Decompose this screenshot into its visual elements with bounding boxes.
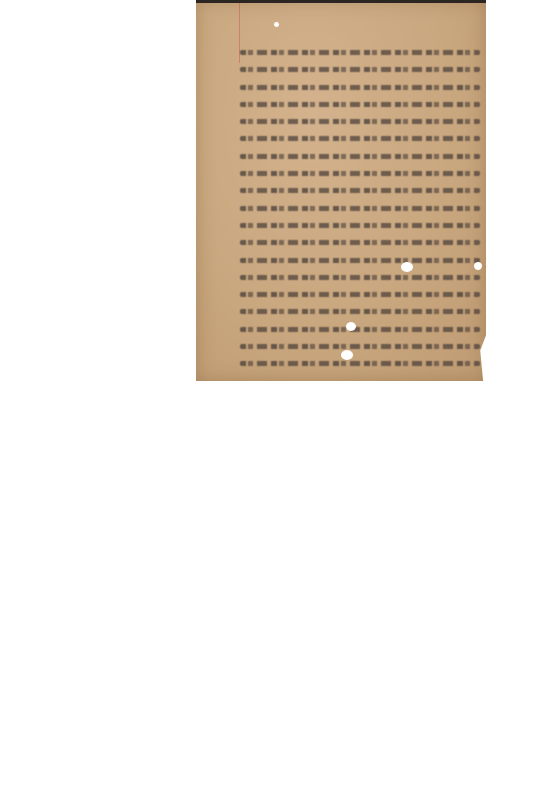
handwritten-line — [240, 163, 480, 180]
paper-damage-spot — [274, 22, 279, 27]
handwritten-line — [240, 319, 480, 336]
handwritten-line — [240, 284, 480, 301]
handwritten-line — [240, 215, 480, 232]
handwritten-line — [240, 301, 480, 318]
handwritten-line — [240, 59, 480, 76]
handwritten-line — [240, 146, 480, 163]
manuscript-page — [196, 0, 486, 381]
paper-damage-spot — [474, 262, 482, 270]
handwritten-line — [240, 267, 480, 284]
paper-damage-spot — [346, 322, 356, 331]
handwritten-line — [240, 77, 480, 94]
handwritten-line — [240, 198, 480, 215]
paper-damage-spot — [401, 262, 413, 272]
paper-damage-spot — [341, 350, 353, 360]
handwritten-line — [240, 232, 480, 249]
handwritten-text-block — [240, 42, 480, 371]
handwritten-line — [240, 128, 480, 145]
handwritten-line — [240, 42, 480, 59]
handwritten-line — [240, 180, 480, 197]
handwritten-line — [240, 111, 480, 128]
handwritten-line — [240, 336, 480, 353]
handwritten-line — [240, 353, 480, 370]
handwritten-line — [240, 250, 480, 267]
handwritten-line — [240, 94, 480, 111]
